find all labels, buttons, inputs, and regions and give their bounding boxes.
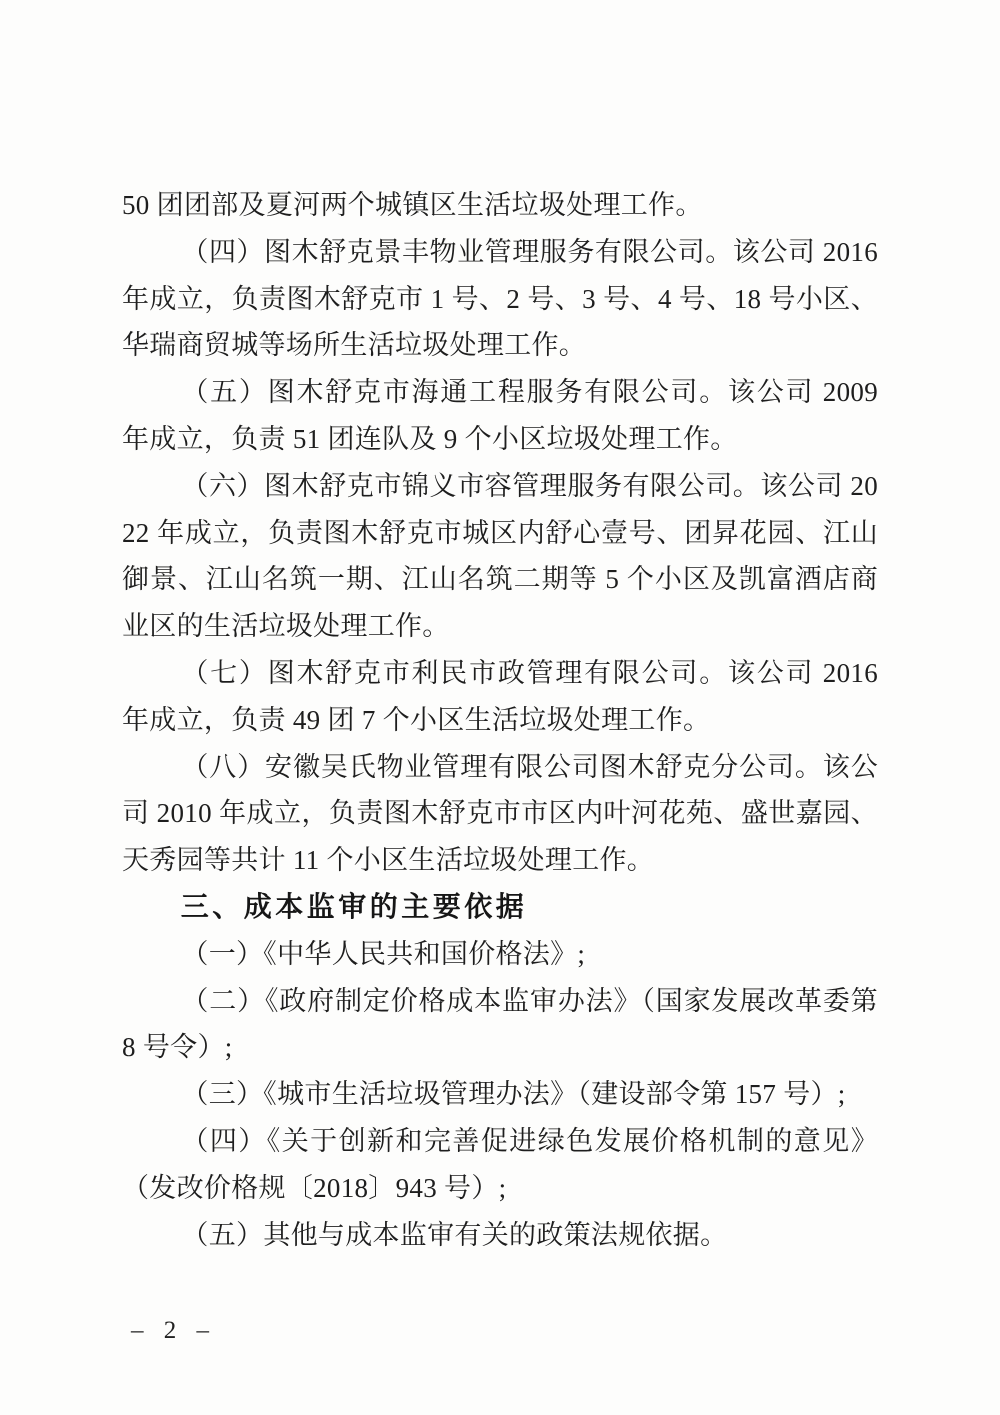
document-page: 50 团团部及夏河两个城镇区生活垃圾处理工作。 （四）图木舒克景丰物业管理服务有… — [0, 0, 1000, 1415]
section-heading: 三、成本监审的主要依据 — [122, 884, 878, 931]
document-body: 50 团团部及夏河两个城镇区生活垃圾处理工作。 （四）图木舒克景丰物业管理服务有… — [122, 182, 878, 1258]
paragraph-company-8: （八）安徽吴氏物业管理有限公司图木舒克分公司。该公司 2010 年成立，负责图木… — [122, 744, 878, 884]
paragraph-company-6: （六）图木舒克市锦义市容管理服务有限公司。该公司 2022 年成立，负责图木舒克… — [122, 463, 878, 650]
paragraph-company-5: （五）图木舒克市海通工程服务有限公司。该公司 2009 年成立，负责 51 团连… — [122, 369, 878, 463]
basis-item-1: （一）《中华人民共和国价格法》; — [122, 931, 878, 978]
page-number: – 2 – — [131, 1317, 216, 1345]
basis-item-3: （三）《城市生活垃圾管理办法》（建设部令第 157 号）; — [122, 1071, 878, 1118]
basis-item-4: （四）《关于创新和完善促进绿色发展价格机制的意见》（发改价格规〔2018〕943… — [122, 1118, 878, 1212]
basis-item-2: （二）《政府制定价格成本监审办法》（国家发展改革委第 8 号令）; — [122, 978, 878, 1072]
paragraph-continuation: 50 团团部及夏河两个城镇区生活垃圾处理工作。 — [122, 182, 878, 229]
paragraph-company-7: （七）图木舒克市利民市政管理有限公司。该公司 2016 年成立，负责 49 团 … — [122, 650, 878, 744]
paragraph-company-4: （四）图木舒克景丰物业管理服务有限公司。该公司 2016 年成立，负责图木舒克市… — [122, 229, 878, 369]
basis-item-5: （五）其他与成本监审有关的政策法规依据。 — [122, 1212, 878, 1259]
